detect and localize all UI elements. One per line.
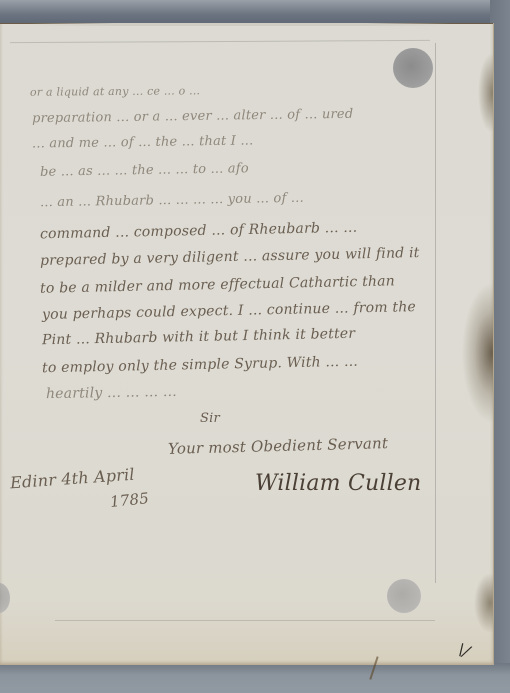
letter-line: preparation ... or a ... ever ... alter …: [32, 107, 353, 126]
letter-line: Pint ... Rhubarb with it but I think it …: [42, 326, 356, 349]
torn-top-edge: [30, 23, 450, 26]
check-mark-icon: \/: [456, 641, 484, 664]
letter-line: ... an ... Rhubarb ... ... ... ... you .…: [40, 191, 304, 211]
signature: William Cullen: [255, 471, 421, 496]
bottom-crease: [55, 620, 435, 621]
wax-seal-residue-icon: [393, 48, 433, 88]
scan-background-top: [0, 0, 510, 24]
scan-background-bottom: [0, 663, 510, 693]
closing-valediction: Your most Obedient Servant: [168, 434, 389, 458]
closing-salutation: Sir: [200, 411, 220, 426]
fold-crease: [10, 40, 430, 43]
dateline-place-date: Edinr 4th April: [9, 465, 135, 493]
letter-line: to employ only the simple Syrup. With ..…: [42, 354, 358, 377]
letter-line: you perhaps could expect. I ... continue…: [42, 299, 416, 323]
letter-line: or a liquid at any ... ce ... o ...: [30, 84, 200, 98]
ruled-margin-line: [435, 43, 436, 583]
letter-line: command ... composed ... of Rheubarb ...…: [40, 220, 358, 243]
letter-page: or a liquid at any ... ce ... o ... prep…: [0, 23, 494, 665]
letter-line: ... and me ... of ... the ... that I ...: [32, 133, 254, 151]
wax-seal-residue-icon: [0, 583, 10, 613]
letter-line: heartily ... ... ... ...: [46, 384, 177, 402]
wax-seal-residue-icon: [387, 579, 421, 613]
dateline-year: 1785: [109, 489, 150, 511]
letter-line: to be a milder and more effectual Cathar…: [40, 273, 395, 296]
letter-line: prepared by a very diligent ... assure y…: [40, 245, 420, 269]
letter-line: be ... as ... ... the ... ... to ... afo: [40, 161, 249, 180]
